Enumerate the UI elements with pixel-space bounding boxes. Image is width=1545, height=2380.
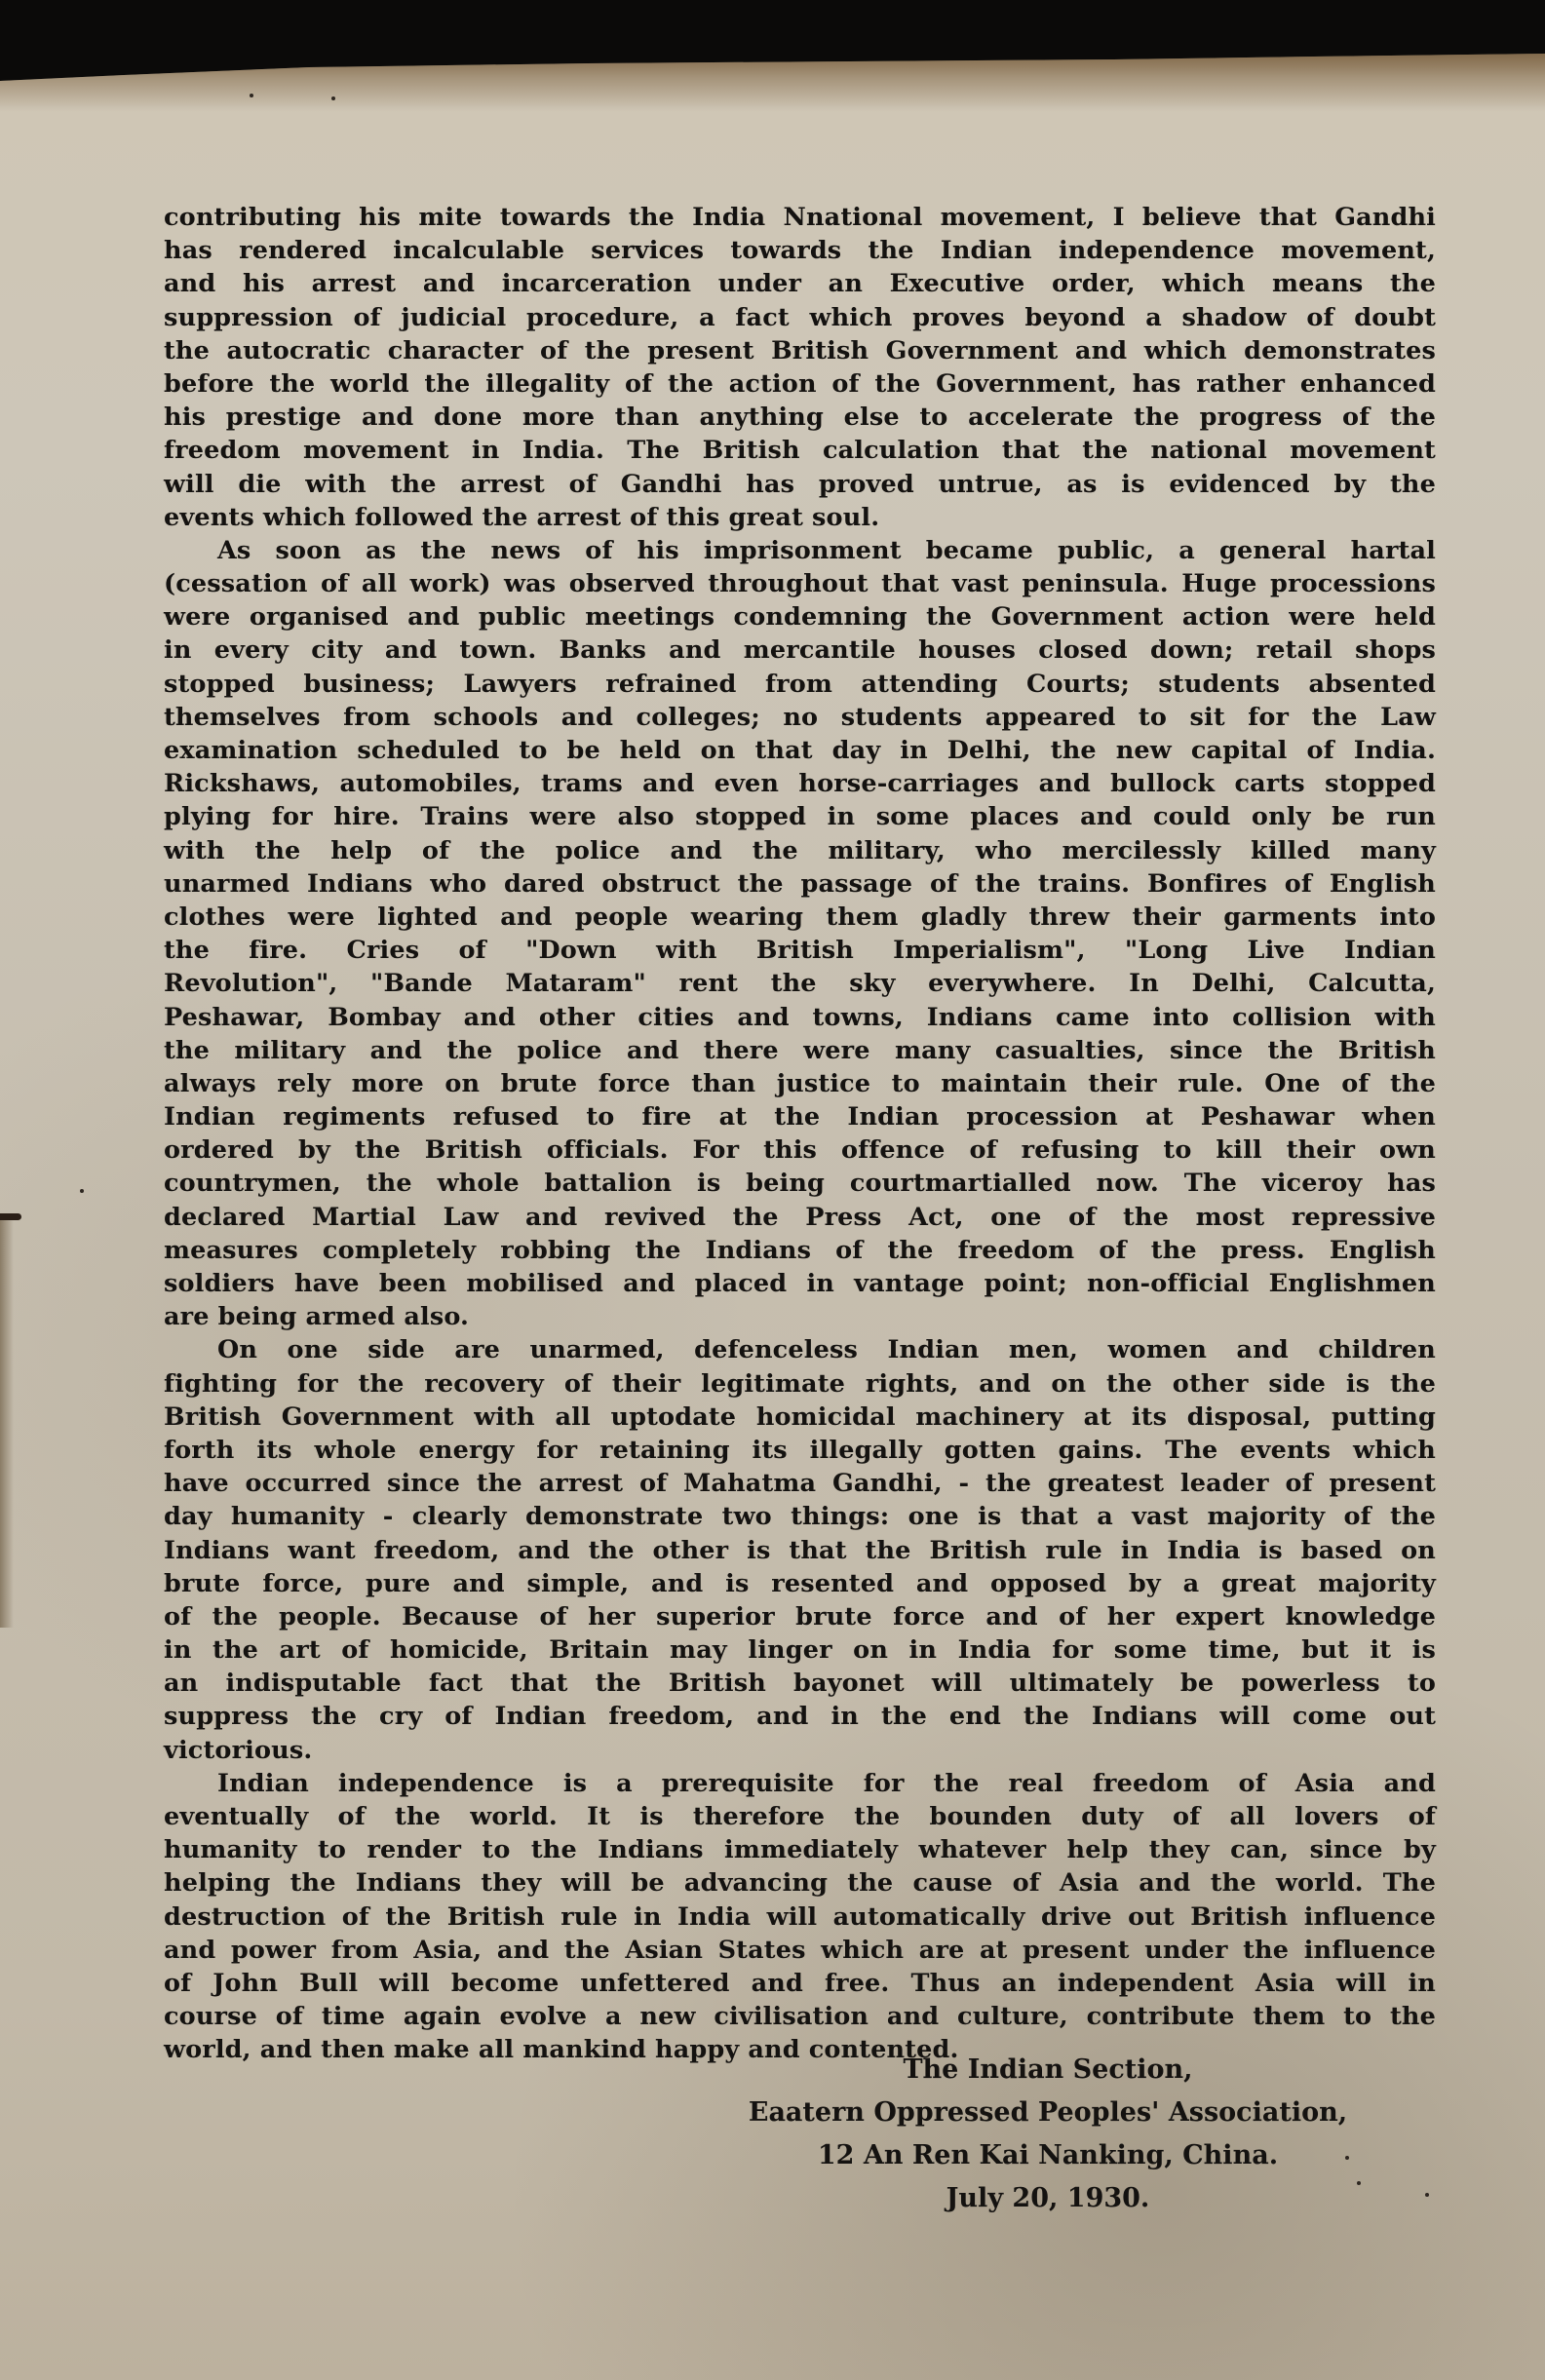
text-line: course of time again evolve a new civili… (164, 2000, 1436, 2033)
text-line: of the people. Because of her superior b… (164, 1600, 1436, 1633)
text-line: his prestige and done more than anything… (164, 401, 1436, 434)
text-line: ordered by the British officials. For th… (164, 1133, 1436, 1167)
text-line: measures completely robbing the Indians … (164, 1234, 1436, 1267)
text-line: Indian independence is a prerequisite fo… (164, 1767, 1436, 1800)
paper-left-fold (0, 1218, 14, 1628)
text-line: Revolution", "Bande Mataram" rent the sk… (164, 967, 1436, 1000)
text-line: (cessation of all work) was observed thr… (164, 567, 1436, 600)
paper-speck (1345, 2156, 1349, 2160)
text-line: the autocratic character of the present … (164, 334, 1436, 367)
signature-date: July 20, 1930. (634, 2177, 1462, 2220)
signature-section: The Indian Section, (634, 2049, 1462, 2092)
text-line: examination scheduled to be held on that… (164, 734, 1436, 767)
text-line: eventually of the world. It is therefore… (164, 1800, 1436, 1833)
text-line: destruction of the British rule in India… (164, 1900, 1436, 1934)
text-line: victorious. (164, 1734, 1436, 1767)
paper-speck (1357, 2181, 1361, 2185)
text-line: British Government with all uptodate hom… (164, 1401, 1436, 1434)
text-line: the military and the police and there we… (164, 1034, 1436, 1067)
text-line: has rendered incalculable services towar… (164, 234, 1436, 267)
text-line: are being armed also. (164, 1300, 1436, 1333)
text-line: in the art of homicide, Britain may ling… (164, 1633, 1436, 1667)
text-line: of John Bull will become unfettered and … (164, 1967, 1436, 2000)
text-line: Indians want freedom, and the other is t… (164, 1534, 1436, 1567)
text-line: and his arrest and incarceration under a… (164, 267, 1436, 300)
text-line: with the help of the police and the mili… (164, 834, 1436, 867)
paper-speck (331, 96, 335, 100)
text-line: an indisputable fact that the British ba… (164, 1667, 1436, 1700)
text-line: helping the Indians they will be advanci… (164, 1866, 1436, 1900)
text-line: humanity to render to the Indians immedi… (164, 1833, 1436, 1866)
text-line: freedom movement in India. The British c… (164, 434, 1436, 467)
text-line: On one side are unarmed, defenceless Ind… (164, 1333, 1436, 1366)
text-line: declared Martial Law and revived the Pre… (164, 1201, 1436, 1234)
paper-tear (0, 1213, 21, 1220)
text-line: and power from Asia, and the Asian State… (164, 1934, 1436, 1967)
text-line: brute force, pure and simple, and is res… (164, 1567, 1436, 1600)
text-line: before the world the illegality of the a… (164, 367, 1436, 401)
text-line: soldiers have been mobilised and placed … (164, 1267, 1436, 1300)
text-line: will die with the arrest of Gandhi has p… (164, 468, 1436, 501)
letter-body: contributing his mite towards the India … (164, 201, 1436, 2067)
paper-speck (80, 1189, 84, 1193)
text-line: countrymen, the whole battalion is being… (164, 1167, 1436, 1200)
text-line: unarmed Indians who dared obstruct the p… (164, 867, 1436, 901)
signature-organization: Eaatern Oppressed Peoples' Association, (634, 2092, 1462, 2134)
text-line: were organised and public meetings conde… (164, 600, 1436, 633)
text-line: the fire. Cries of "Down with British Im… (164, 934, 1436, 967)
text-line: themselves from schools and colleges; no… (164, 701, 1436, 734)
text-line: forth its whole energy for retaining its… (164, 1434, 1436, 1467)
text-line: suppress the cry of Indian freedom, and … (164, 1700, 1436, 1733)
text-line: suppression of judicial procedure, a fac… (164, 301, 1436, 334)
text-line: day humanity - clearly demonstrate two t… (164, 1500, 1436, 1533)
text-line: fighting for the recovery of their legit… (164, 1367, 1436, 1401)
text-line: Rickshaws, automobiles, trams and even h… (164, 767, 1436, 800)
text-line: contributing his mite towards the India … (164, 201, 1436, 234)
paper-top-edge (0, 54, 1545, 112)
paper-speck (250, 94, 253, 97)
text-line: events which followed the arrest of this… (164, 501, 1436, 534)
text-line: clothes were lighted and people wearing … (164, 901, 1436, 934)
text-line: plying for hire. Trains were also stoppe… (164, 800, 1436, 833)
text-line: Peshawar, Bombay and other cities and to… (164, 1001, 1436, 1034)
text-line: stopped business; Lawyers refrained from… (164, 668, 1436, 701)
text-line: Indian regiments refused to fire at the … (164, 1100, 1436, 1133)
text-line: have occurred since the arrest of Mahatm… (164, 1467, 1436, 1500)
text-line: As soon as the news of his imprisonment … (164, 534, 1436, 567)
text-line: in every city and town. Banks and mercan… (164, 633, 1436, 667)
signature-address: 12 An Ren Kai Nanking, China. (634, 2134, 1462, 2177)
signature-block: The Indian Section, Eaatern Oppressed Pe… (634, 2049, 1462, 2220)
text-line: always rely more on brute force than jus… (164, 1067, 1436, 1100)
paper-speck (1425, 2193, 1429, 2197)
